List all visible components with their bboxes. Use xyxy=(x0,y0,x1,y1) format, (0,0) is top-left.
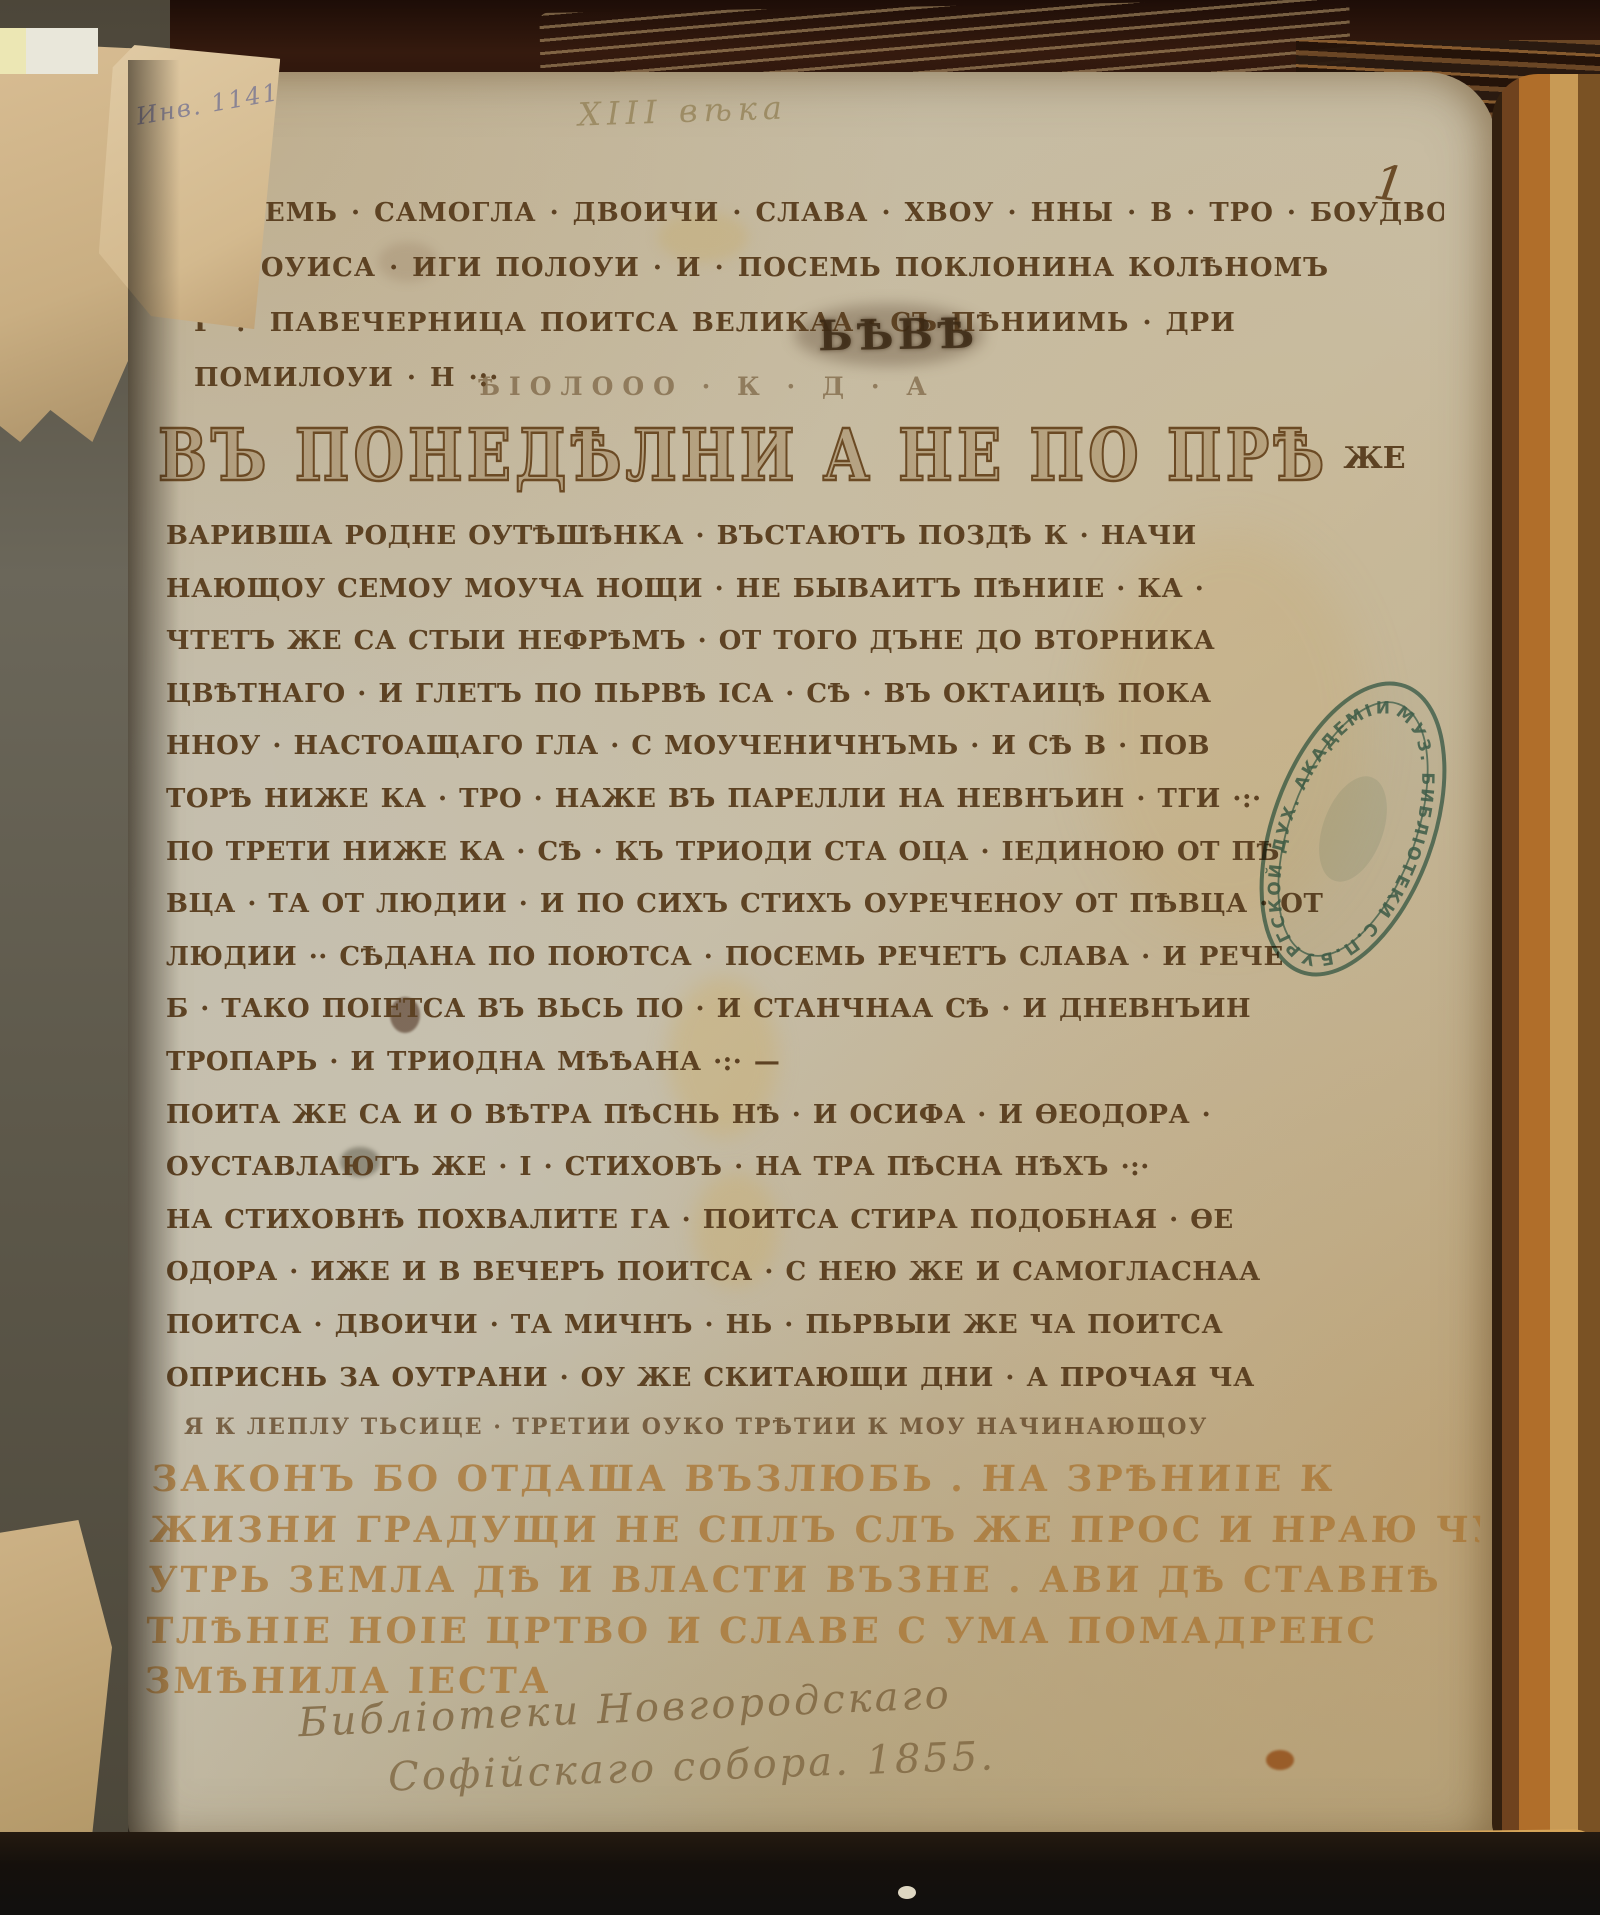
color-patch-yellow xyxy=(0,28,26,74)
manuscript-line: НА СТИХОВНѢ ПОХВАЛИТЕ ГА · ПОИТСА СТИРА … xyxy=(166,1194,1456,1247)
rust-spot xyxy=(1266,1750,1294,1770)
manuscript-page: XIII вѣка 1 ПОСЕМЬ · САМОГЛА · ДВОИЧИ · … xyxy=(128,72,1496,1844)
manuscript-line: ТРОПАРЬ · И ТРИОДНА МѢѢАНА ·:· — xyxy=(166,1036,1456,1089)
heading-suffix: ЖЕ xyxy=(1343,441,1405,476)
manuscript-photo: XIII вѣка 1 ПОСЕМЬ · САМОГЛА · ДВОИЧИ · … xyxy=(0,0,1600,1915)
provenance-inscription-line2: Софiйскаго собора. 1855. xyxy=(387,1733,996,1800)
gutter-shadow xyxy=(128,60,180,1850)
manuscript-line: РАДОУИСА · ИГИ ПОЛОУИ · И · ПОСЕМЬ ПОКЛО… xyxy=(194,241,1444,296)
manuscript-line: НАЮЩОУ СЕМОУ МОУЧА НОЩИ · НЕ БЫВАИТЪ ПѢН… xyxy=(166,563,1456,616)
ink-scribble: ЬѢВѢ xyxy=(818,309,979,361)
later-hand-block: ЗАКОНЪ БО ОТДАША ВЪЗЛЮБЬ . НА ЗРѢНИІЕ КЖ… xyxy=(144,1454,1483,1707)
manuscript-line: ТЛѢНІЕ НОІЕ ЦРТВО И СЛАВЕ С УМА ПОМАДРЕН… xyxy=(145,1606,1477,1657)
ornamental-heading: ВЪ ПОНЕДѢЛНИ А НЕ ПО ПРѢ ЖЕ xyxy=(158,414,1468,482)
manuscript-line: ЖИЗНИ ГРАДУЩИ НЕ СПЛЪ СЛЪ ЖЕ ПРОС И НРАЮ… xyxy=(149,1505,1481,1556)
small-gloss-line: Я К ЛЕПЛУ ТЬСИЦЕ · ТРЕТИИ ОУКО ТРѢТИИ К … xyxy=(184,1414,1208,1440)
binding-bottom-edge xyxy=(0,1832,1600,1915)
manuscript-line: ПОСЕМЬ · САМОГЛА · ДВОИЧИ · СЛАВА · ХВОУ… xyxy=(194,186,1444,241)
faded-scribble: ѢІОЛООО · К · Д · А xyxy=(478,372,936,401)
color-patch-white xyxy=(26,28,98,74)
manuscript-line: ОДОРА · ИЖЕ И В ВЕЧЕРЪ ПОИТСА · С НЕЮ ЖЕ… xyxy=(166,1246,1456,1299)
manuscript-line: ВАРИВША РОДНЕ ОУТѢШѢНКА · ВЪСТАЮТЪ ПОЗДѢ… xyxy=(166,510,1456,563)
manuscript-line: ПОИТСА · ДВОИЧИ · ТА МИЧНЪ · НЬ · ПЬРВЫИ… xyxy=(166,1299,1456,1352)
manuscript-line: ОУСТАВЛАЮТЪ ЖЕ · І · СТИХОВЪ · НА ТРА ПѢ… xyxy=(166,1141,1456,1194)
library-stamp: МУЗ. БИБЛІОТЕКИ С.П.БУРГСКОЙ ДУХ. АКАДЕМ… xyxy=(1248,664,1458,994)
manuscript-line: ОПРИСНЬ ЗА ОУТРАНИ · ОУ ЖЕ СКИТАЮЩИ ДНИ … xyxy=(166,1352,1456,1405)
manuscript-line: УТРЬ ЗЕМЛА ДѢ И ВЛАСТИ ВЪЗНЕ . АВИ ДѢ СТ… xyxy=(147,1555,1479,1606)
manuscript-line: ЗАКОНЪ БО ОТДАША ВЪЗЛЮБЬ . НА ЗРѢНИІЕ К xyxy=(151,1454,1483,1505)
page-edges-right xyxy=(1492,74,1600,1842)
manuscript-line: ПОИТА ЖЕ СА И О ВѢТРА ПѢСНЬ НѢ · И ОСИФА… xyxy=(166,1089,1456,1142)
pencil-dating-note: XIII вѣка xyxy=(577,88,788,133)
parchment-hole xyxy=(898,1886,916,1899)
heading-text: ВЪ ПОНЕДѢЛНИ А НЕ ПО ПРѢ xyxy=(158,414,1328,497)
manuscript-line: ЧТЕТЪ ЖЕ СА СТЫИ НЕФРѢМЪ · ОТ ТОГО ДЪНЕ … xyxy=(166,615,1456,668)
